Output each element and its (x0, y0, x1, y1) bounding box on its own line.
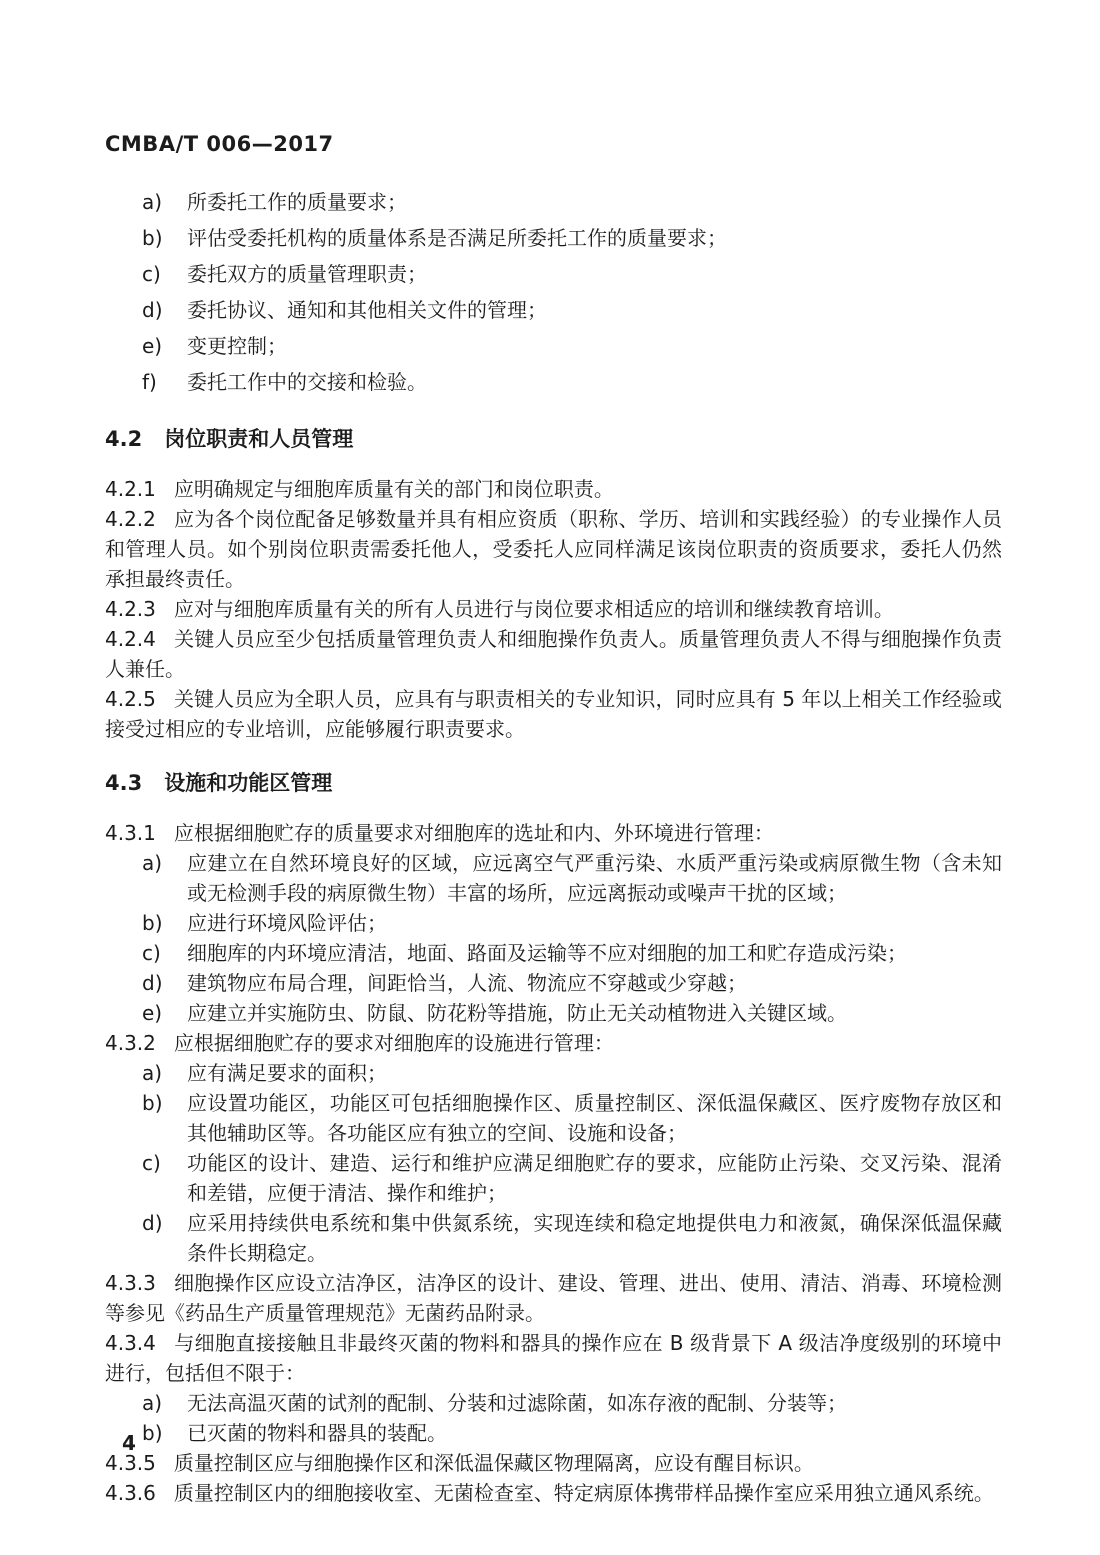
page-number: 4 (122, 1431, 136, 1455)
list-marker: c) (142, 938, 187, 968)
list-text: 变更控制； (187, 328, 1002, 364)
clause-number: 4.2.2 (105, 507, 156, 531)
clause-text: 质量控制区内的细胞接收室、无菌检查室、特定病原体携带样品操作室应采用独立通风系统… (174, 1481, 994, 1505)
clause-4-3-4: 4.3.4与细胞直接接触且非最终灭菌的物料和器具的操作应在 B 级背景下 A 级… (105, 1328, 1002, 1388)
sublist-4-3-1: a) 应建立在自然环境良好的区域，应远离空气严重污染、水质严重污染或病原微生物（… (142, 848, 1002, 1028)
heading-title: 设施和功能区管理 (164, 771, 332, 795)
list-item: c) 功能区的设计、建造、运行和维护应满足细胞贮存的要求，应能防止污染、交叉污染… (142, 1148, 1002, 1208)
clause-4-3-5: 4.3.5质量控制区应与细胞操作区和深低温保藏区物理隔离，应设有醒目标识。 (105, 1448, 1002, 1478)
clause-text: 关键人员应至少包括质量管理负责人和细胞操作负责人。质量管理负责人不得与细胞操作负… (105, 627, 1002, 681)
list-marker: a) (142, 1058, 187, 1088)
list-item: a) 所委托工作的质量要求； (142, 184, 1002, 220)
list-marker: a) (142, 184, 187, 220)
list-item: a) 应建立在自然环境良好的区域，应远离空气严重污染、水质严重污染或病原微生物（… (142, 848, 1002, 908)
section-heading-4-2: 4.2岗位职责和人员管理 (105, 424, 1002, 454)
list-marker: b) (142, 220, 187, 256)
clause-4-2-5: 4.2.5关键人员应为全职人员，应具有与职责相关的专业知识，同时应具有 5 年以… (105, 684, 1002, 744)
intro-list: a) 所委托工作的质量要求； b) 评估受委托机构的质量体系是否满足所委托工作的… (142, 184, 1002, 400)
list-text: 应建立在自然环境良好的区域，应远离空气严重污染、水质严重污染或病原微生物（含未知… (187, 848, 1002, 908)
clause-number: 4.3.2 (105, 1031, 156, 1055)
list-marker: e) (142, 328, 187, 364)
list-item: e) 变更控制； (142, 328, 1002, 364)
heading-number: 4.2 (105, 427, 142, 451)
list-text: 应进行环境风险评估； (187, 908, 1002, 938)
list-text: 应设置功能区，功能区可包括细胞操作区、质量控制区、深低温保藏区、医疗废物存放区和… (187, 1088, 1002, 1148)
list-text: 应有满足要求的面积； (187, 1058, 1002, 1088)
list-text: 功能区的设计、建造、运行和维护应满足细胞贮存的要求，应能防止污染、交叉污染、混淆… (187, 1148, 1002, 1208)
clause-text: 细胞操作区应设立洁净区，洁净区的设计、建设、管理、进出、使用、清洁、消毒、环境检… (105, 1271, 1002, 1325)
list-text: 建筑物应布局合理，间距恰当，人流、物流应不穿越或少穿越； (187, 968, 1002, 998)
clause-number: 4.2.3 (105, 597, 156, 621)
document-code: CMBA/T 006—2017 (105, 132, 1002, 156)
clause-number: 4.2.5 (105, 687, 156, 711)
clause-text: 与细胞直接接触且非最终灭菌的物料和器具的操作应在 B 级背景下 A 级洁净度级别… (105, 1331, 1002, 1385)
list-item: f) 委托工作中的交接和检验。 (142, 364, 1002, 400)
clause-4-2-3: 4.2.3应对与细胞库质量有关的所有人员进行与岗位要求相适应的培训和继续教育培训… (105, 594, 1002, 624)
clause-number: 4.2.1 (105, 477, 156, 501)
clause-4-2-2: 4.2.2应为各个岗位配备足够数量并具有相应资质（职称、学历、培训和实践经验）的… (105, 504, 1002, 594)
document-page: CMBA/T 006—2017 a) 所委托工作的质量要求； b) 评估受委托机… (0, 0, 1100, 1555)
list-marker: c) (142, 1148, 187, 1208)
list-item: d) 委托协议、通知和其他相关文件的管理； (142, 292, 1002, 328)
list-marker: a) (142, 1388, 187, 1418)
list-text: 委托工作中的交接和检验。 (187, 364, 1002, 400)
clause-text: 应为各个岗位配备足够数量并具有相应资质（职称、学历、培训和实践经验）的专业操作人… (105, 507, 1002, 591)
clause-text: 应对与细胞库质量有关的所有人员进行与岗位要求相适应的培训和继续教育培训。 (174, 597, 894, 621)
clause-4-3-6: 4.3.6质量控制区内的细胞接收室、无菌检查室、特定病原体携带样品操作室应采用独… (105, 1478, 1002, 1508)
section-heading-4-3: 4.3设施和功能区管理 (105, 768, 1002, 798)
list-text: 应采用持续供电系统和集中供氮系统，实现连续和稳定地提供电力和液氮，确保深低温保藏… (187, 1208, 1002, 1268)
list-marker: d) (142, 292, 187, 328)
clause-text: 应根据细胞贮存的质量要求对细胞库的选址和内、外环境进行管理： (174, 821, 774, 845)
list-text: 所委托工作的质量要求； (187, 184, 1002, 220)
sublist-4-3-4: a) 无法高温灭菌的试剂的配制、分装和过滤除菌，如冻存液的配制、分装等； b) … (142, 1388, 1002, 1448)
clause-text: 关键人员应为全职人员，应具有与职责相关的专业知识，同时应具有 5 年以上相关工作… (105, 687, 1002, 741)
list-item: b) 应设置功能区，功能区可包括细胞操作区、质量控制区、深低温保藏区、医疗废物存… (142, 1088, 1002, 1148)
list-text: 评估受委托机构的质量体系是否满足所委托工作的质量要求； (187, 220, 1002, 256)
clause-text: 质量控制区应与细胞操作区和深低温保藏区物理隔离，应设有醒目标识。 (174, 1451, 814, 1475)
list-text: 应建立并实施防虫、防鼠、防花粉等措施，防止无关动植物进入关键区域。 (187, 998, 1002, 1028)
list-item: a) 无法高温灭菌的试剂的配制、分装和过滤除菌，如冻存液的配制、分装等； (142, 1388, 1002, 1418)
clause-4-3-3: 4.3.3细胞操作区应设立洁净区，洁净区的设计、建设、管理、进出、使用、清洁、消… (105, 1268, 1002, 1328)
list-item: b) 应进行环境风险评估； (142, 908, 1002, 938)
list-marker: f) (142, 364, 187, 400)
list-marker: d) (142, 1208, 187, 1268)
list-marker: e) (142, 998, 187, 1028)
list-item: a) 应有满足要求的面积； (142, 1058, 1002, 1088)
list-item: b) 已灭菌的物料和器具的装配。 (142, 1418, 1002, 1448)
list-text: 无法高温灭菌的试剂的配制、分装和过滤除菌，如冻存液的配制、分装等； (187, 1388, 1002, 1418)
list-item: d) 应采用持续供电系统和集中供氮系统，实现连续和稳定地提供电力和液氮，确保深低… (142, 1208, 1002, 1268)
clause-text: 应明确规定与细胞库质量有关的部门和岗位职责。 (174, 477, 614, 501)
clause-4-2-1: 4.2.1应明确规定与细胞库质量有关的部门和岗位职责。 (105, 474, 1002, 504)
heading-number: 4.3 (105, 771, 142, 795)
list-item: c) 细胞库的内环境应清洁，地面、路面及运输等不应对细胞的加工和贮存造成污染； (142, 938, 1002, 968)
list-text: 委托协议、通知和其他相关文件的管理； (187, 292, 1002, 328)
clause-number: 4.2.4 (105, 627, 156, 651)
list-item: d) 建筑物应布局合理，间距恰当，人流、物流应不穿越或少穿越； (142, 968, 1002, 998)
list-marker: c) (142, 256, 187, 292)
clause-4-3-1: 4.3.1应根据细胞贮存的质量要求对细胞库的选址和内、外环境进行管理： (105, 818, 1002, 848)
list-marker: a) (142, 848, 187, 908)
clause-number: 4.3.6 (105, 1481, 156, 1505)
clause-number: 4.3.1 (105, 821, 156, 845)
clause-4-3-2: 4.3.2应根据细胞贮存的要求对细胞库的设施进行管理： (105, 1028, 1002, 1058)
list-text: 已灭菌的物料和器具的装配。 (187, 1418, 1002, 1448)
list-item: e) 应建立并实施防虫、防鼠、防花粉等措施，防止无关动植物进入关键区域。 (142, 998, 1002, 1028)
list-marker: d) (142, 968, 187, 998)
clause-number: 4.3.3 (105, 1271, 156, 1295)
list-item: b) 评估受委托机构的质量体系是否满足所委托工作的质量要求； (142, 220, 1002, 256)
heading-title: 岗位职责和人员管理 (164, 427, 353, 451)
list-text: 细胞库的内环境应清洁，地面、路面及运输等不应对细胞的加工和贮存造成污染； (187, 938, 1002, 968)
sublist-4-3-2: a) 应有满足要求的面积； b) 应设置功能区，功能区可包括细胞操作区、质量控制… (142, 1058, 1002, 1268)
list-marker: b) (142, 1418, 187, 1448)
list-item: c) 委托双方的质量管理职责； (142, 256, 1002, 292)
list-marker: b) (142, 908, 187, 938)
clause-text: 应根据细胞贮存的要求对细胞库的设施进行管理： (174, 1031, 614, 1055)
list-text: 委托双方的质量管理职责； (187, 256, 1002, 292)
clause-4-2-4: 4.2.4关键人员应至少包括质量管理负责人和细胞操作负责人。质量管理负责人不得与… (105, 624, 1002, 684)
clause-number: 4.3.4 (105, 1331, 156, 1355)
list-marker: b) (142, 1088, 187, 1148)
